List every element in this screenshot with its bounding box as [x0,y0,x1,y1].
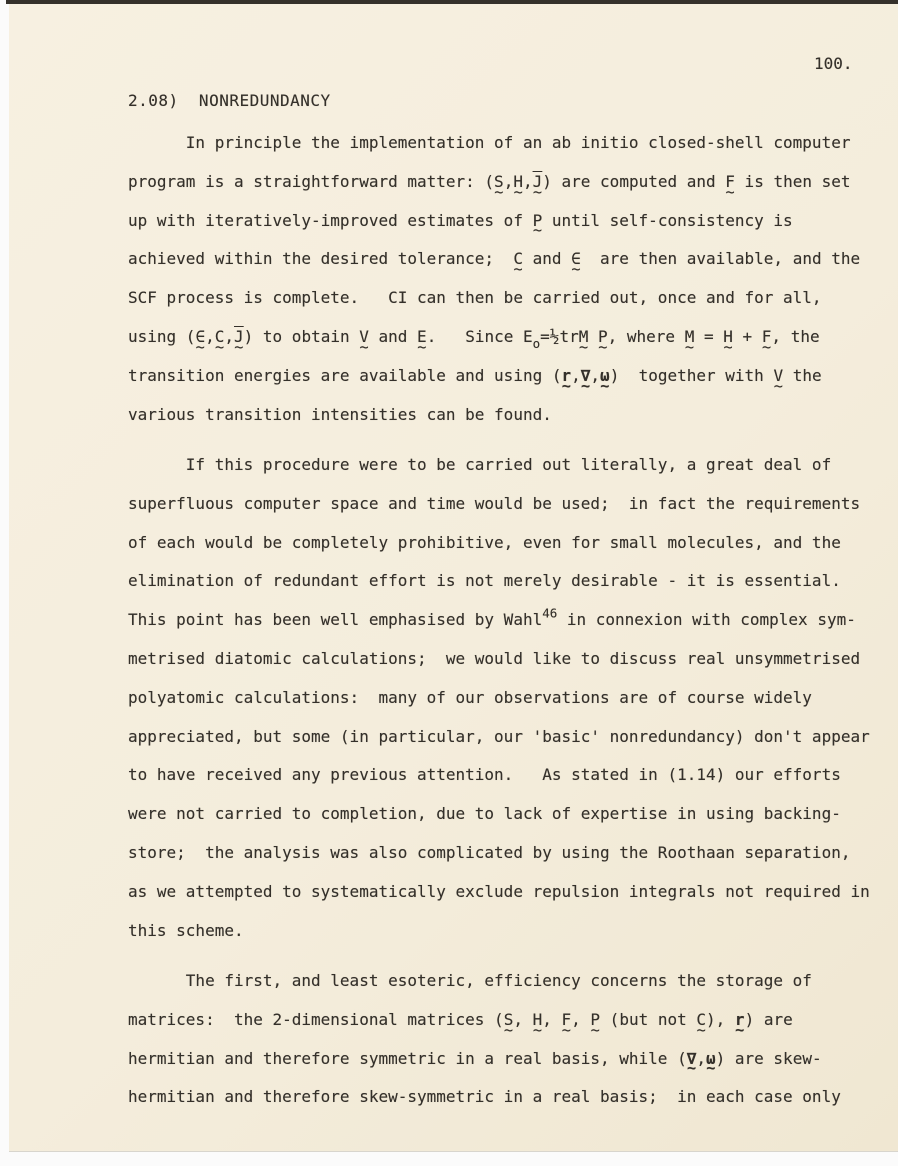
matrix-symbol: H [723,328,733,346]
text-line: This point has been well emphasised by W… [128,601,898,640]
text-line: In principle the implementation of an ab… [128,124,898,163]
matrix-symbol: V [773,367,783,385]
text-line: up with iteratively-improved estimates o… [128,202,898,241]
matrix-symbol: M [685,328,695,346]
text-line: various transition intensities can be fo… [128,396,898,435]
text-line: polyatomic calculations: many of our obs… [128,679,898,718]
text-line: of each would be completely prohibitive,… [128,524,898,563]
text-line: store; the analysis was also complicated… [128,834,898,873]
matrix-symbol: ∈ [571,250,581,268]
text-line: to have received any previous attention.… [128,756,898,795]
matrix-symbol: P [533,212,543,230]
text-line: SCF process is complete. CI can then be … [128,279,898,318]
text-line: elimination of redundant effort is not m… [128,562,898,601]
matrix-symbol: V [359,328,369,346]
matrix-symbol: r [735,1011,745,1029]
matrix-symbol: ∈ [195,328,205,346]
matrix-symbol: F [725,173,735,191]
text-line: metrised diatomic calculations; we would… [128,640,898,679]
scanned-page: 100. 2.08) NONREDUNDANCY In principle th… [0,0,898,1166]
matrix-symbol: S [494,173,504,191]
text-line: matrices: the 2-dimensional matrices (S,… [128,1001,898,1040]
matrix-symbol: C [215,328,225,346]
paper-sheet: 100. 2.08) NONREDUNDANCY In principle th… [9,4,898,1152]
text-line: The first, and least esoteric, efficienc… [128,962,898,1001]
text-line: hermitian and therefore skew-symmetric i… [128,1078,898,1117]
text-line: were not carried to completion, due to l… [128,795,898,834]
text-line: hermitian and therefore symmetric in a r… [128,1040,898,1079]
matrix-symbol: J [533,173,543,191]
subscript: o [533,336,541,351]
matrix-symbol: ∇ [581,367,591,385]
text-line: program is a straightforward matter: (S,… [128,163,898,202]
matrix-symbol: S [504,1011,514,1029]
matrix-symbol: E [417,328,427,346]
section-heading: 2.08) NONREDUNDANCY [128,82,331,121]
text-line: If this procedure were to be carried out… [128,446,898,485]
matrix-symbol: F [562,1011,572,1029]
matrix-symbol: H [513,173,523,191]
text-line: transition energies are available and us… [128,357,898,396]
body-paragraph-3: The first, and least esoteric, efficienc… [128,962,898,1117]
text-line: superfluous computer space and time woul… [128,485,898,524]
body-paragraph-1: In principle the implementation of an ab… [128,124,898,434]
matrix-symbol: C [696,1011,706,1029]
text-line: achieved within the desired tolerance; C… [128,240,898,279]
text-line: this scheme. [128,912,898,951]
matrix-symbol: r [561,367,571,385]
matrix-symbol: H [533,1011,543,1029]
text-line: as we attempted to systematically exclud… [128,873,898,912]
matrix-symbol: P [590,1011,600,1029]
text-line: using (∈,C,J) to obtain V and E. Since E… [128,318,898,357]
matrix-symbol: ω [600,367,610,385]
body-paragraph-2: If this procedure were to be carried out… [128,446,898,950]
matrix-symbol: F [762,328,772,346]
matrix-symbol: P [598,328,608,346]
page-number: 100. [814,45,853,84]
text-line: appreciated, but some (in particular, ou… [128,718,898,757]
scan-top-edge [6,0,898,4]
matrix-symbol: J [234,328,244,346]
matrix-symbol: ∇ [687,1050,697,1068]
superscript: 46 [542,606,557,621]
matrix-symbol: C [513,250,523,268]
matrix-symbol: ω [706,1050,716,1068]
matrix-symbol: M [579,328,589,346]
